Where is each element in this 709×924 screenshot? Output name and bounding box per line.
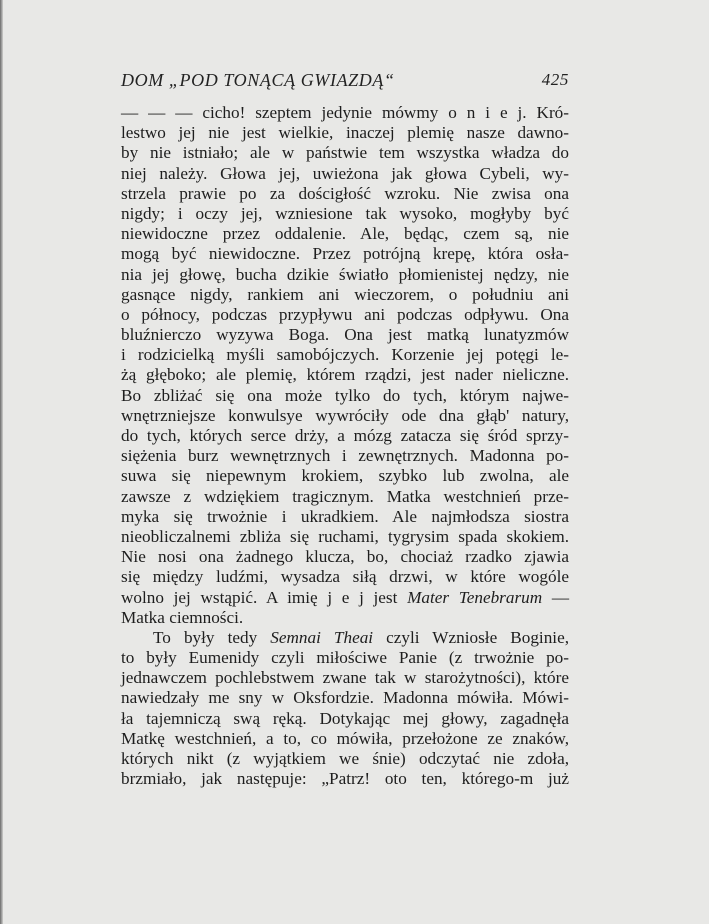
text-line: i rodzicielką myśli samobójczych. Korzen… [121,345,569,365]
running-title: DOM „POD TONĄCĄ GWIAZDĄ“ [121,70,395,91]
text-segment: Nie nosi ona żadnego klucza, bo, chociaż… [121,547,569,566]
body-text: — — — cicho! szeptem jedynie mówmy o n i… [121,103,569,789]
page-number: 425 [542,70,569,90]
text-segment: myka się trwożnie i ukradkiem. Ale najmł… [121,507,569,526]
text-line: zawsze z wdziękiem tragicznym. Matka wes… [121,487,569,507]
text-line: niej należy. Głowa jej, uwieżona jak gło… [121,164,569,184]
text-segment: czyli Wzniosłe Boginie, [373,628,569,647]
text-segment: jednawczem pochlebstwem zwane tak w star… [121,668,569,687]
page-edge-shadow [0,0,3,924]
text-line: jednawczem pochlebstwem zwane tak w star… [121,668,569,688]
text-line: żą głęboko; ale plemię, którem rządzi, j… [121,365,569,385]
text-segment: brzmiało, jak następuje: „Patrz! oto ten… [121,769,569,788]
text-segment: żą głęboko; ale plemię, którem rządzi, j… [121,365,569,384]
text-line: nia jej głowę, bucha dzikie światło płom… [121,265,569,285]
text-segment: Matka ciemności. [121,608,243,627]
text-segment: niewidoczne przez oddalenie. Ale, będąc,… [121,224,569,243]
text-line: których nikt (z wyjątkiem we śnie) odczy… [121,749,569,769]
text-line: niewidoczne przez oddalenie. Ale, będąc,… [121,224,569,244]
text-segment: lestwo jej nie jest wielkie, inaczej ple… [121,123,569,142]
italic-phrase: Semnai Theai [270,628,373,647]
text-line: się między ludźmi, wysadza siłą drzwi, w… [121,567,569,587]
text-line: myka się trwożnie i ukradkiem. Ale najmł… [121,507,569,527]
text-line: to były Eumenidy czyli miłościwe Panie (… [121,648,569,668]
text-line: o północy, podczas przypływu ani podczas… [121,305,569,325]
text-line: wolno jej wstąpić. A imię j e j jest Mat… [121,588,569,608]
text-line: lestwo jej nie jest wielkie, inaczej ple… [121,123,569,143]
text-segment: Bo zbliżać się ona może tylko do tych, k… [121,386,569,405]
text-segment: — [542,588,569,607]
text-segment: zawsze z wdziękiem tragicznym. Matka wes… [121,487,569,506]
text-line: Nie nosi ona żadnego klucza, bo, chociaż… [121,547,569,567]
text-segment: suwa się niepewnym krokiem, szybko lub z… [121,466,569,485]
text-line: wnętrzniejsze konwulsye wywróciły ode dn… [121,406,569,426]
text-segment: nawiedzały me sny w Oksfordzie. Madonna … [121,688,569,707]
text-segment: by nie istniało; ale w państwie tem wszy… [121,143,569,162]
text-segment: To były tedy [153,628,270,647]
text-segment: o północy, podczas przypływu ani podczas… [121,305,569,324]
text-line: mogą być niewidoczne. Przez potrójną kre… [121,244,569,264]
text-segment: niej należy. Głowa jej, uwieżona jak gło… [121,164,569,183]
text-segment: strzela prawie po za dościgłość wzroku. … [121,184,569,203]
text-line: nawiedzały me sny w Oksfordzie. Madonna … [121,688,569,708]
text-segment: bluźnierczo wyzywa Boga. Ona jest matką … [121,325,569,344]
text-line: To były tedy Semnai Theai czyli Wzniosłe… [121,628,569,648]
italic-phrase: Mater Tenebrarum [407,588,542,607]
text-line: nigdy; i oczy jej, wzniesione tak wysoko… [121,204,569,224]
text-segment: wnętrzniejsze konwulsye wywróciły ode dn… [121,406,569,425]
text-segment: się między ludźmi, wysadza siłą drzwi, w… [121,567,569,586]
text-segment: nigdy; i oczy jej, wzniesione tak wysoko… [121,204,569,223]
text-segment: gasnące nigdy, rankiem ani wieczorem, o … [121,285,569,304]
text-line: bluźnierczo wyzywa Boga. Ona jest matką … [121,325,569,345]
text-segment: — — — cicho! szeptem jedynie mówmy o n i… [121,103,569,122]
text-line: suwa się niepewnym krokiem, szybko lub z… [121,466,569,486]
text-line: Matkę westchnień, a to, co mówiła, przeł… [121,729,569,749]
text-segment: mogą być niewidoczne. Przez potrójną kre… [121,244,569,263]
text-segment: i rodzicielką myśli samobójczych. Korzen… [121,345,569,364]
text-line: gasnące nigdy, rankiem ani wieczorem, o … [121,285,569,305]
text-segment: nia jej głowę, bucha dzikie światło płom… [121,265,569,284]
text-line: Bo zbliżać się ona może tylko do tych, k… [121,386,569,406]
text-line: brzmiało, jak następuje: „Patrz! oto ten… [121,769,569,789]
text-segment: do tych, których serce drży, a mózg zata… [121,426,569,445]
text-segment: siężenia burz wewnętrznych i zewnętrznyc… [121,446,569,465]
text-line: by nie istniało; ale w państwie tem wszy… [121,143,569,163]
text-line: Matka ciemności. [121,608,569,628]
text-segment: nieobliczalnemi zbliża się ruchami, tygr… [121,527,569,546]
text-line: strzela prawie po za dościgłość wzroku. … [121,184,569,204]
text-segment: to były Eumenidy czyli miłościwe Panie (… [121,648,569,667]
text-line: — — — cicho! szeptem jedynie mówmy o n i… [121,103,569,123]
text-line: siężenia burz wewnętrznych i zewnętrznyc… [121,446,569,466]
text-segment: ła tajemniczą swą ręką. Dotykając mej gł… [121,709,569,728]
text-line: nieobliczalnemi zbliża się ruchami, tygr… [121,527,569,547]
text-line: ła tajemniczą swą ręką. Dotykając mej gł… [121,709,569,729]
running-header: DOM „POD TONĄCĄ GWIAZDĄ“ 425 [121,70,569,94]
text-segment: których nikt (z wyjątkiem we śnie) odczy… [121,749,569,768]
text-segment: Matkę westchnień, a to, co mówiła, przeł… [121,729,569,748]
text-segment: wolno jej wstąpić. A imię j e j jest [121,588,407,607]
text-line: do tych, których serce drży, a mózg zata… [121,426,569,446]
